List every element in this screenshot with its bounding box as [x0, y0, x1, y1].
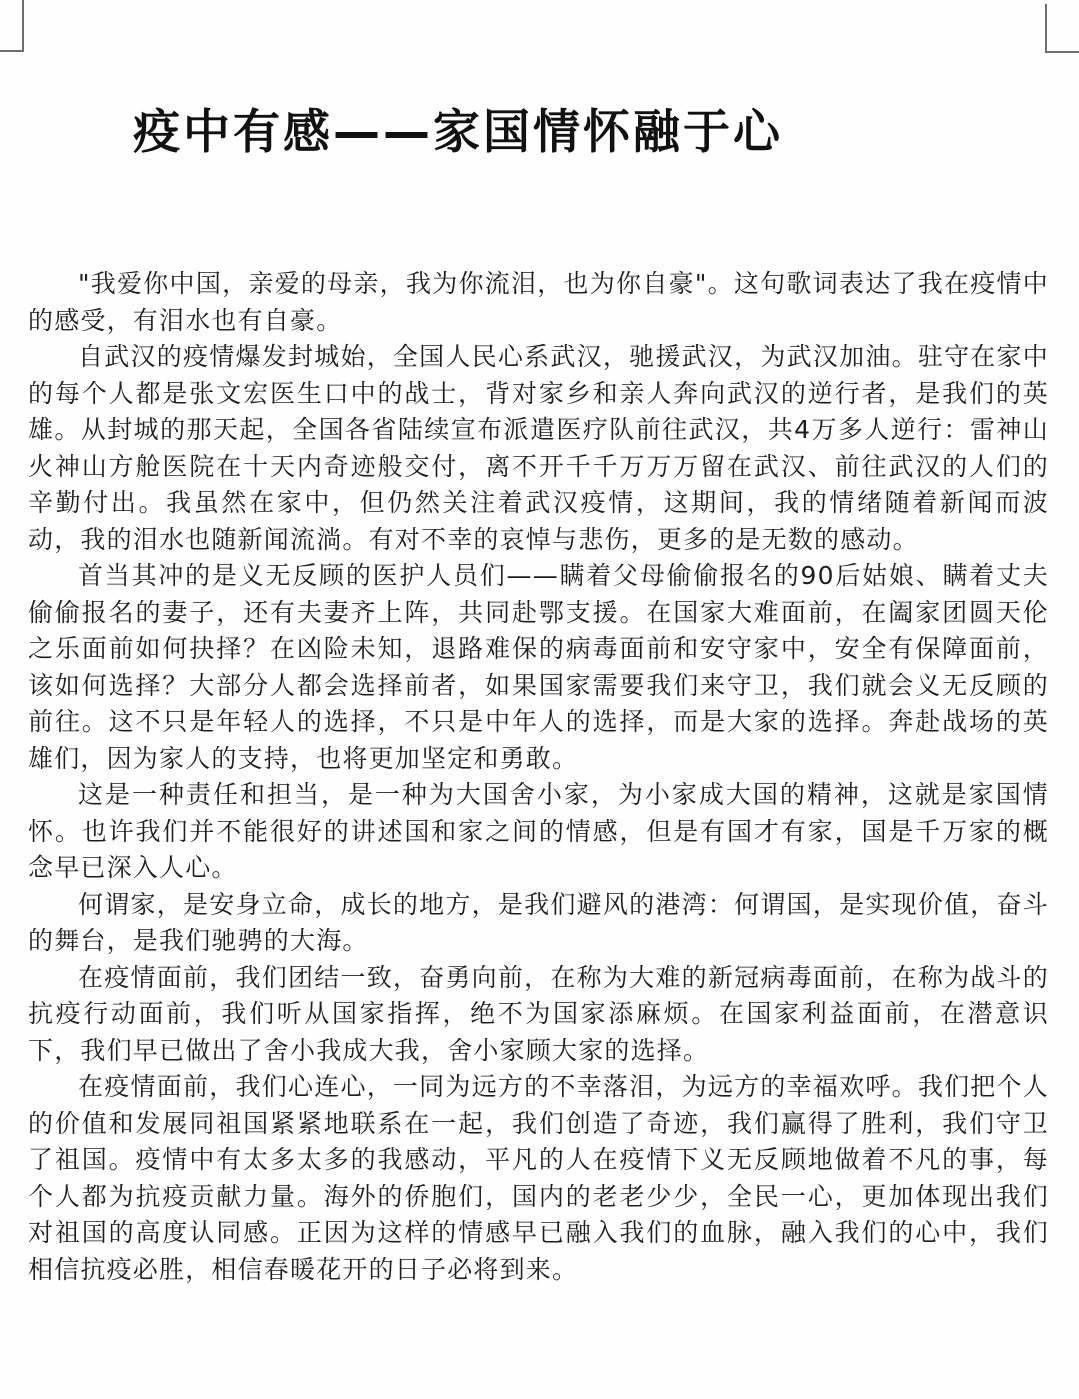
- document-page: 疫中有感——家国情怀融于心 "我爱你中国，亲爱的母亲，我为你流泪，也为你自豪"。…: [0, 0, 1079, 1399]
- document-title: 疫中有感——家国情怀融于心: [133, 103, 1079, 163]
- corner-crop-mark-left: [0, 0, 24, 52]
- paragraph-4: 这是一种责任和担当，是一种为大国舍小家，为小家成大国的精神，这就是家国情怀。也许…: [28, 777, 1049, 887]
- paragraph-6: 在疫情面前，我们团结一致，奋勇向前，在称为大难的新冠病毒面前，在称为战斗的抗疫行…: [28, 960, 1049, 1070]
- paragraph-5: 何谓家，是安身立命，成长的地方，是我们避风的港湾：何谓国，是实现价值，奋斗的舞台…: [28, 887, 1049, 960]
- corner-crop-mark-right: [1045, 4, 1079, 53]
- paragraph-1: "我爱你中国，亲爱的母亲，我为你流泪，也为你自豪"。这句歌词表达了我在疫情中的感…: [28, 266, 1049, 339]
- paragraph-7: 在疫情面前，我们心连心，一同为远方的不幸落泪，为远方的幸福欢呼。我们把个人的价值…: [28, 1069, 1049, 1288]
- document-body: "我爱你中国，亲爱的母亲，我为你流泪，也为你自豪"。这句歌词表达了我在疫情中的感…: [28, 266, 1049, 1288]
- paragraph-2: 自武汉的疫情爆发封城始，全国人民心系武汉，驰援武汉，为武汉加油。驻守在家中的每个…: [28, 339, 1049, 558]
- paragraph-3: 首当其冲的是义无反顾的医护人员们——瞒着父母偷偷报名的90后姑娘、瞒着丈夫偷偷报…: [28, 558, 1049, 777]
